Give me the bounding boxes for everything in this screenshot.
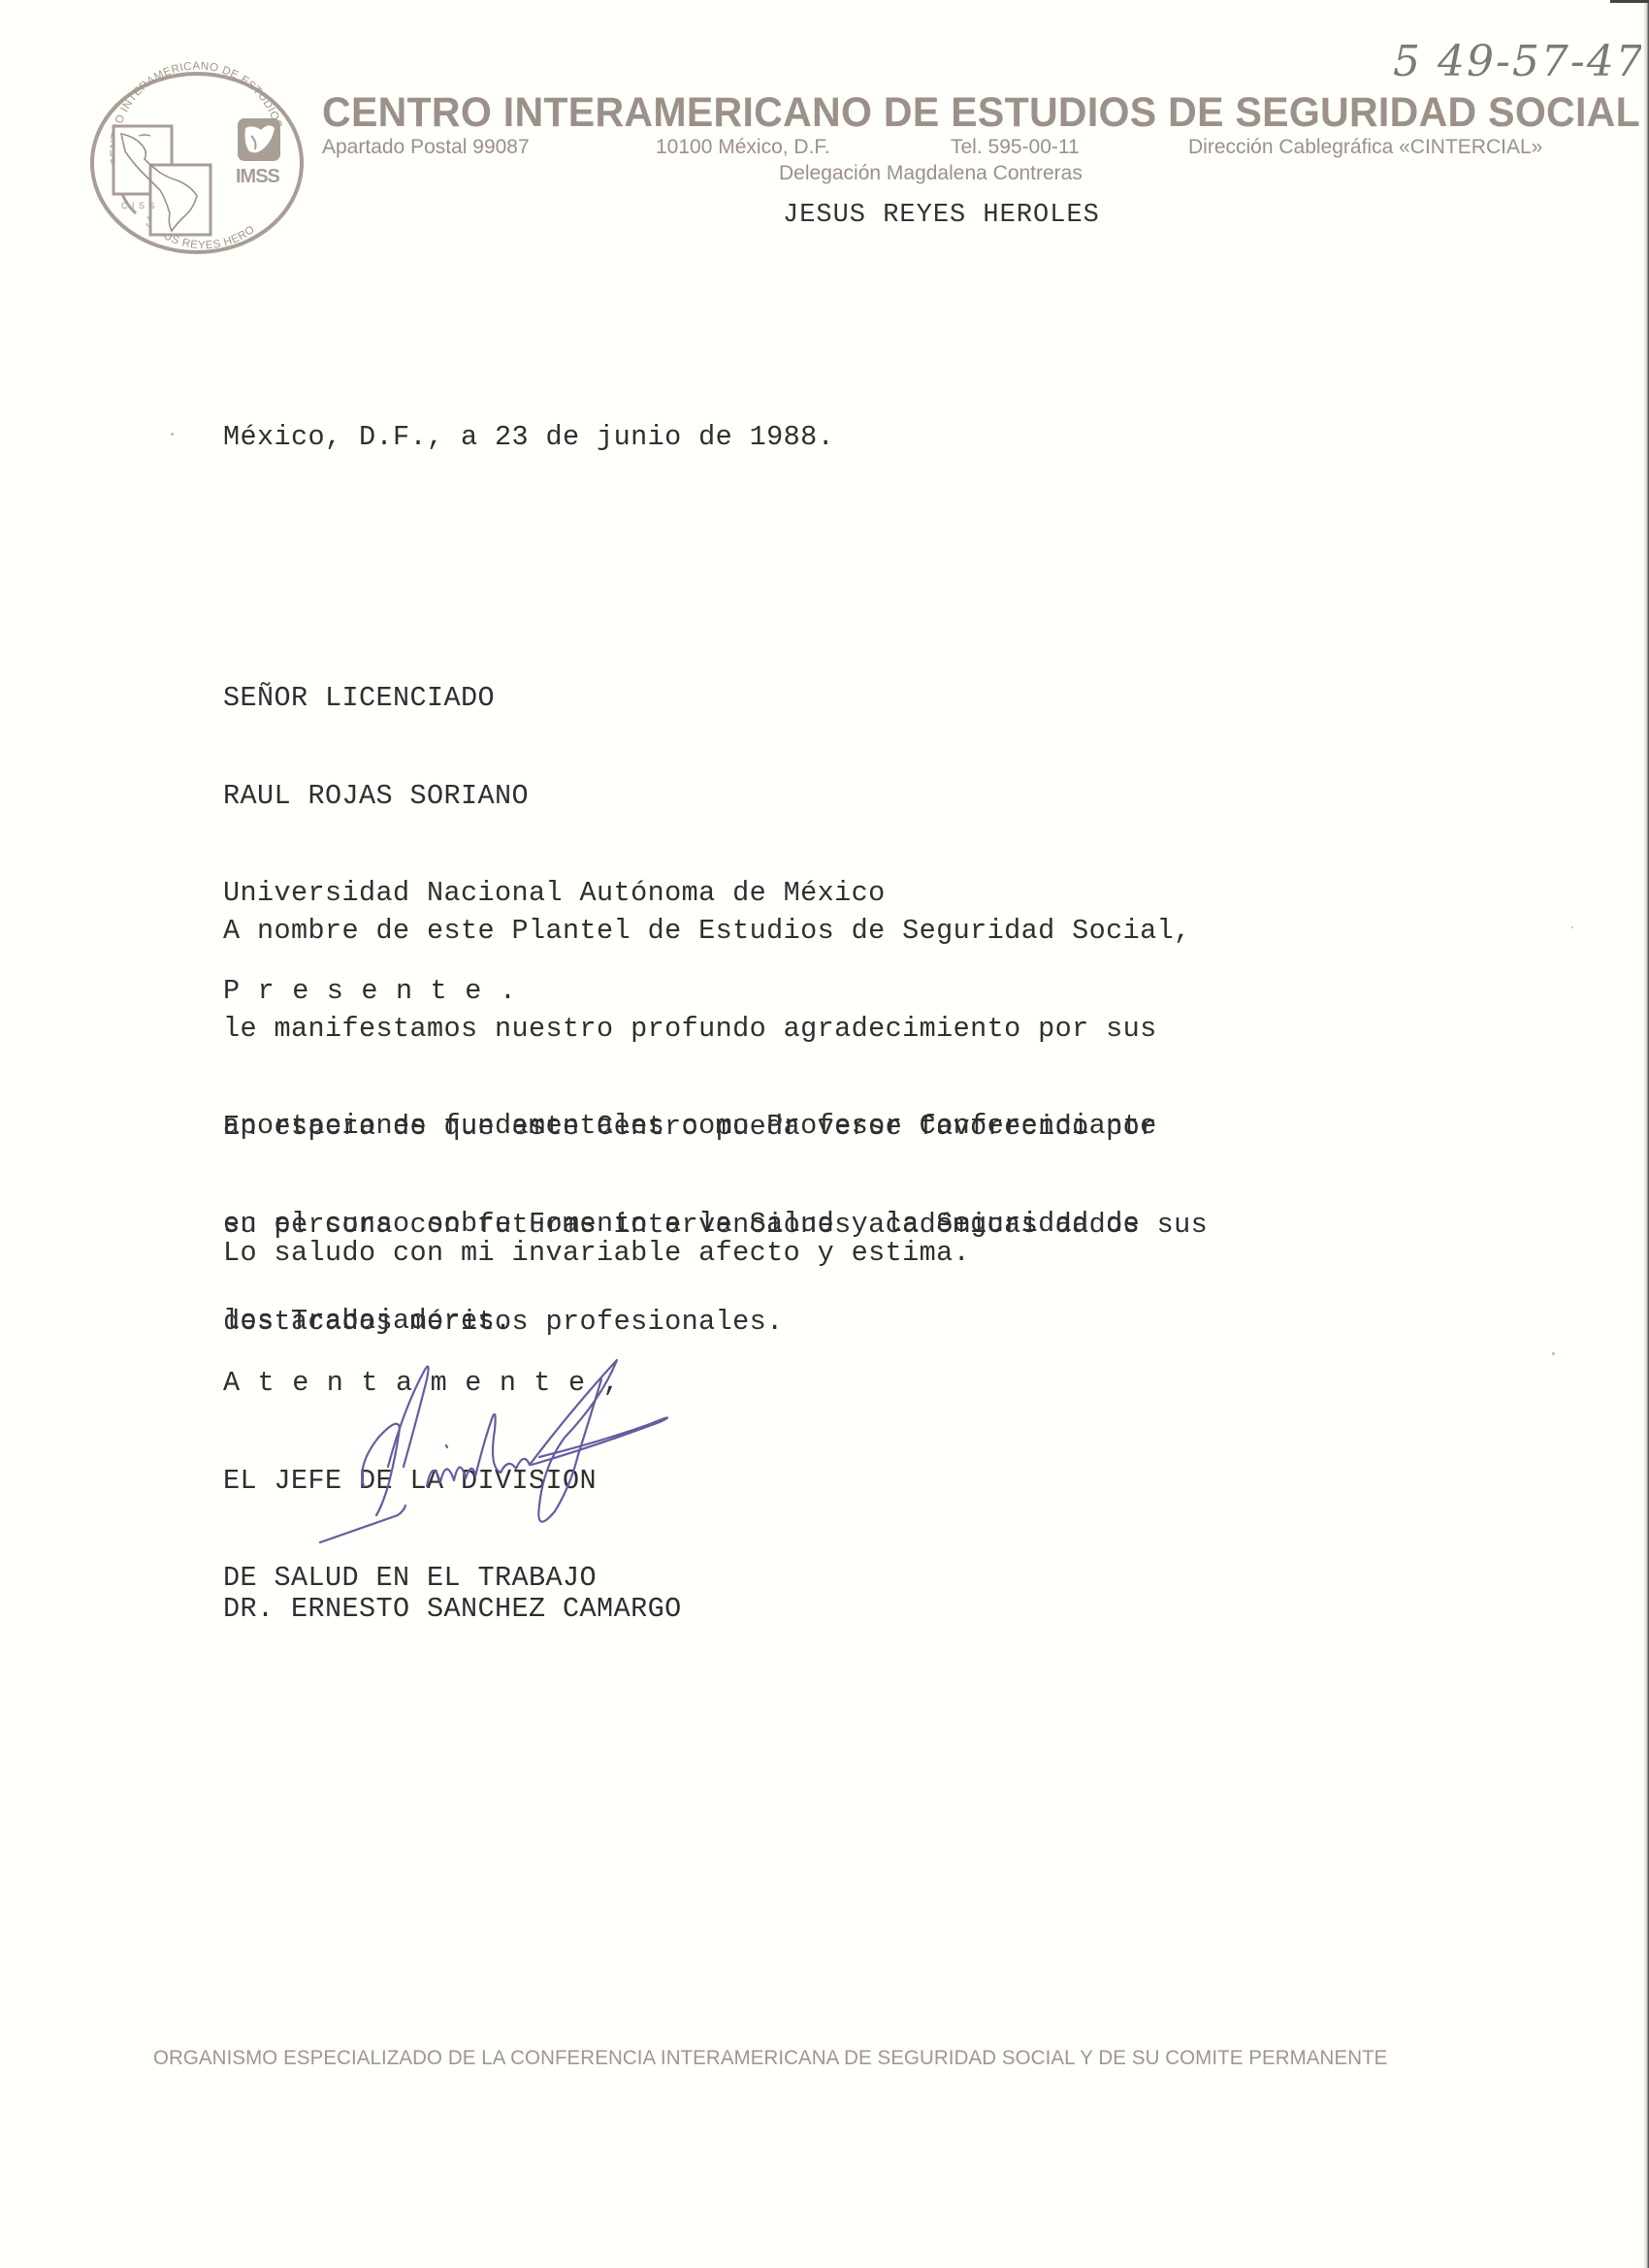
scanned-page-edge [1643, 0, 1649, 2268]
recipient-name: RAUL ROJAS SORIANO [223, 780, 886, 813]
paragraph-greeting: Lo saludo con mi invariable afecto y est… [223, 1172, 970, 1302]
signature [310, 1341, 698, 1564]
handwritten-note-text: 5 49-57-47 [1393, 37, 1641, 86]
imss-logo-label: IMSS [236, 166, 280, 187]
signer-division: DE SALUD EN EL TRABAJO [223, 1562, 637, 1595]
paragraph-line: le manifestamos nuestro profundo agradec… [223, 1013, 1191, 1046]
institution-seal: CENTRO INTERAMERICANO DE ESTUDIOS DE SEG… [82, 58, 310, 257]
letter-date: México, D.F., a 23 de junio de 1988. [223, 421, 834, 454]
handwritten-note: 5 49-57-47 [1389, 27, 1641, 95]
postal-city: 10100 México, D.F. [656, 136, 830, 159]
letterhead-footer: ORGANISMO ESPECIALIZADO DE LA CONFERENCI… [153, 2047, 1387, 2070]
paragraph-line: A nombre de este Plantel de Estudios de … [223, 915, 1191, 948]
telephone: Tel. 595-00-11 [951, 136, 1080, 159]
handwritten-signature-icon [310, 1341, 698, 1564]
seal-ciss-label: C I S S [121, 201, 156, 211]
scan-speck [1552, 1352, 1555, 1355]
cable-address: Dirección Cablegráfica «CINTERCIAL» [1188, 136, 1542, 159]
seal-emblem-icon: CENTRO INTERAMERICANO DE ESTUDIOS DE SEG… [82, 58, 310, 257]
delegation: Delegación Magdalena Contreras [779, 162, 1083, 185]
scan-speck [1571, 926, 1573, 928]
institution-name: CENTRO INTERAMERICANO DE ESTUDIOS DE SEG… [322, 89, 1640, 137]
institution-subtitle: JESUS REYES HEROLES [783, 201, 1100, 230]
signer-name: DR. ERNESTO SANCHEZ CAMARGO [223, 1593, 682, 1626]
scanned-page-corner [1610, 0, 1649, 3]
recipient-title: SEÑOR LICENCIADO [223, 682, 886, 715]
paragraph-line: En espera de que este Centro pueda verse… [223, 1111, 1208, 1144]
postal-box: Apartado Postal 99087 [322, 136, 530, 159]
handwritten-note-icon: 5 49-57-47 [1389, 27, 1641, 95]
scan-speck [171, 433, 174, 436]
paragraph-line: Lo saludo con mi invariable afecto y est… [223, 1237, 970, 1270]
